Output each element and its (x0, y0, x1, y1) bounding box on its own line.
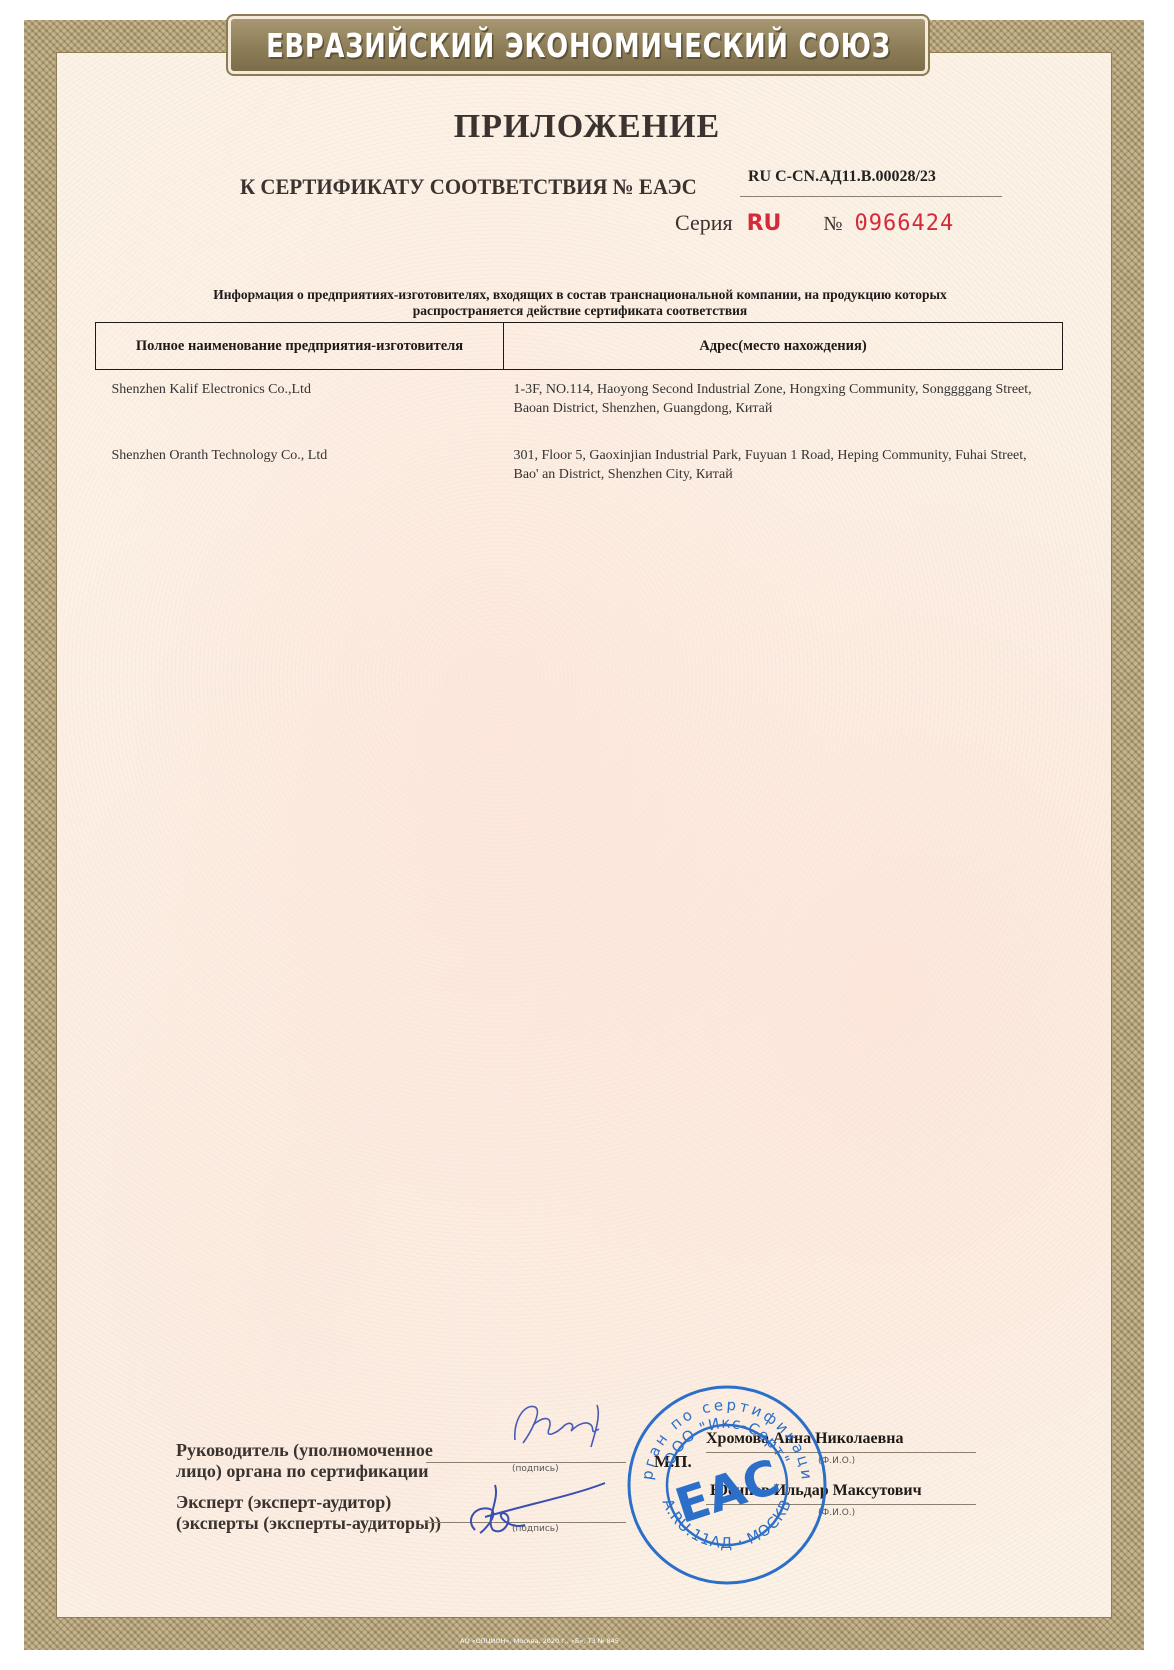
manufacturer-address: 1-3F, NO.114, Haoyong Second Industrial … (504, 370, 1063, 437)
union-banner-text: ЕВРАЗИЙСКИЙ ЭКОНОМИЧЕСКИЙ СОЮЗ (266, 26, 891, 65)
info-line-1: Информация о предприятиях-изготовителях,… (100, 287, 1060, 303)
manufacturer-address: 301, Floor 5, Gaoxinjian Industrial Park… (504, 436, 1063, 502)
certificate-number-underline (740, 196, 1002, 197)
union-banner: ЕВРАЗИЙСКИЙ ЭКОНОМИЧЕСКИЙ СОЮЗ (228, 16, 928, 74)
table-header-row: Полное наименование предприятия-изготови… (96, 323, 1063, 370)
series-label: Серия (675, 210, 733, 235)
head-signature-line (426, 1462, 626, 1463)
manufacturers-info: Информация о предприятиях-изготовителях,… (100, 287, 1060, 319)
manufacturer-name: Shenzhen Oranth Technology Co., Ltd (96, 436, 504, 502)
manufacturers-table: Полное наименование предприятия-изготови… (95, 322, 1063, 502)
manufacturer-name: Shenzhen Kalif Electronics Co.,Ltd (96, 370, 504, 437)
column-header-name: Полное наименование предприятия-изготови… (96, 323, 504, 370)
head-label-line-1: Руководитель (уполномоченное (176, 1440, 433, 1461)
certificate-number: RU C-CN.АД11.В.00028/23 (748, 168, 936, 186)
series-row: Серия RU № 0966424 (675, 210, 954, 242)
expert-label-line-1: Эксперт (эксперт-аудитор) (176, 1492, 441, 1513)
expert-label-line-2: (эксперты (эксперты-аудиторы)) (176, 1513, 441, 1534)
head-label: Руководитель (уполномоченное лицо) орган… (176, 1440, 433, 1482)
table-row: Shenzhen Oranth Technology Co., Ltd 301,… (96, 436, 1063, 502)
info-line-2: распространяется действие сертификата со… (100, 303, 1060, 319)
head-label-line-2: лицо) органа по сертификации (176, 1461, 433, 1482)
series-value: RU (747, 211, 782, 236)
head-signature-caption: (подпись) (512, 1464, 559, 1474)
table-row: Shenzhen Kalif Electronics Co.,Ltd 1-3F,… (96, 370, 1063, 437)
form-number: 0966424 (855, 211, 955, 236)
certificate-subtitle: К СЕРТИФИКАТУ СООТВЕТСТВИЯ № ЕАЭС (240, 174, 697, 200)
expert-label: Эксперт (эксперт-аудитор) (эксперты (экс… (176, 1492, 441, 1534)
certification-seal-icon: Орган по сертификации ООО "Икс-Серт" ЕАС… (622, 1380, 832, 1590)
certificate-reference: К СЕРТИФИКАТУ СООТВЕТСТВИЯ № ЕАЭС RU C-C… (240, 168, 1040, 208)
page-title: ПРИЛОЖЕНИЕ (0, 108, 1174, 146)
head-signature-icon (505, 1395, 615, 1455)
printer-imprint: АО «ОПЦИОН», Москва, 2020 г., «Б», ТЗ № … (460, 1637, 619, 1645)
expert-signature-icon (455, 1475, 615, 1545)
number-label: № (823, 213, 842, 235)
column-header-address: Адрес(место нахождения) (504, 323, 1063, 370)
